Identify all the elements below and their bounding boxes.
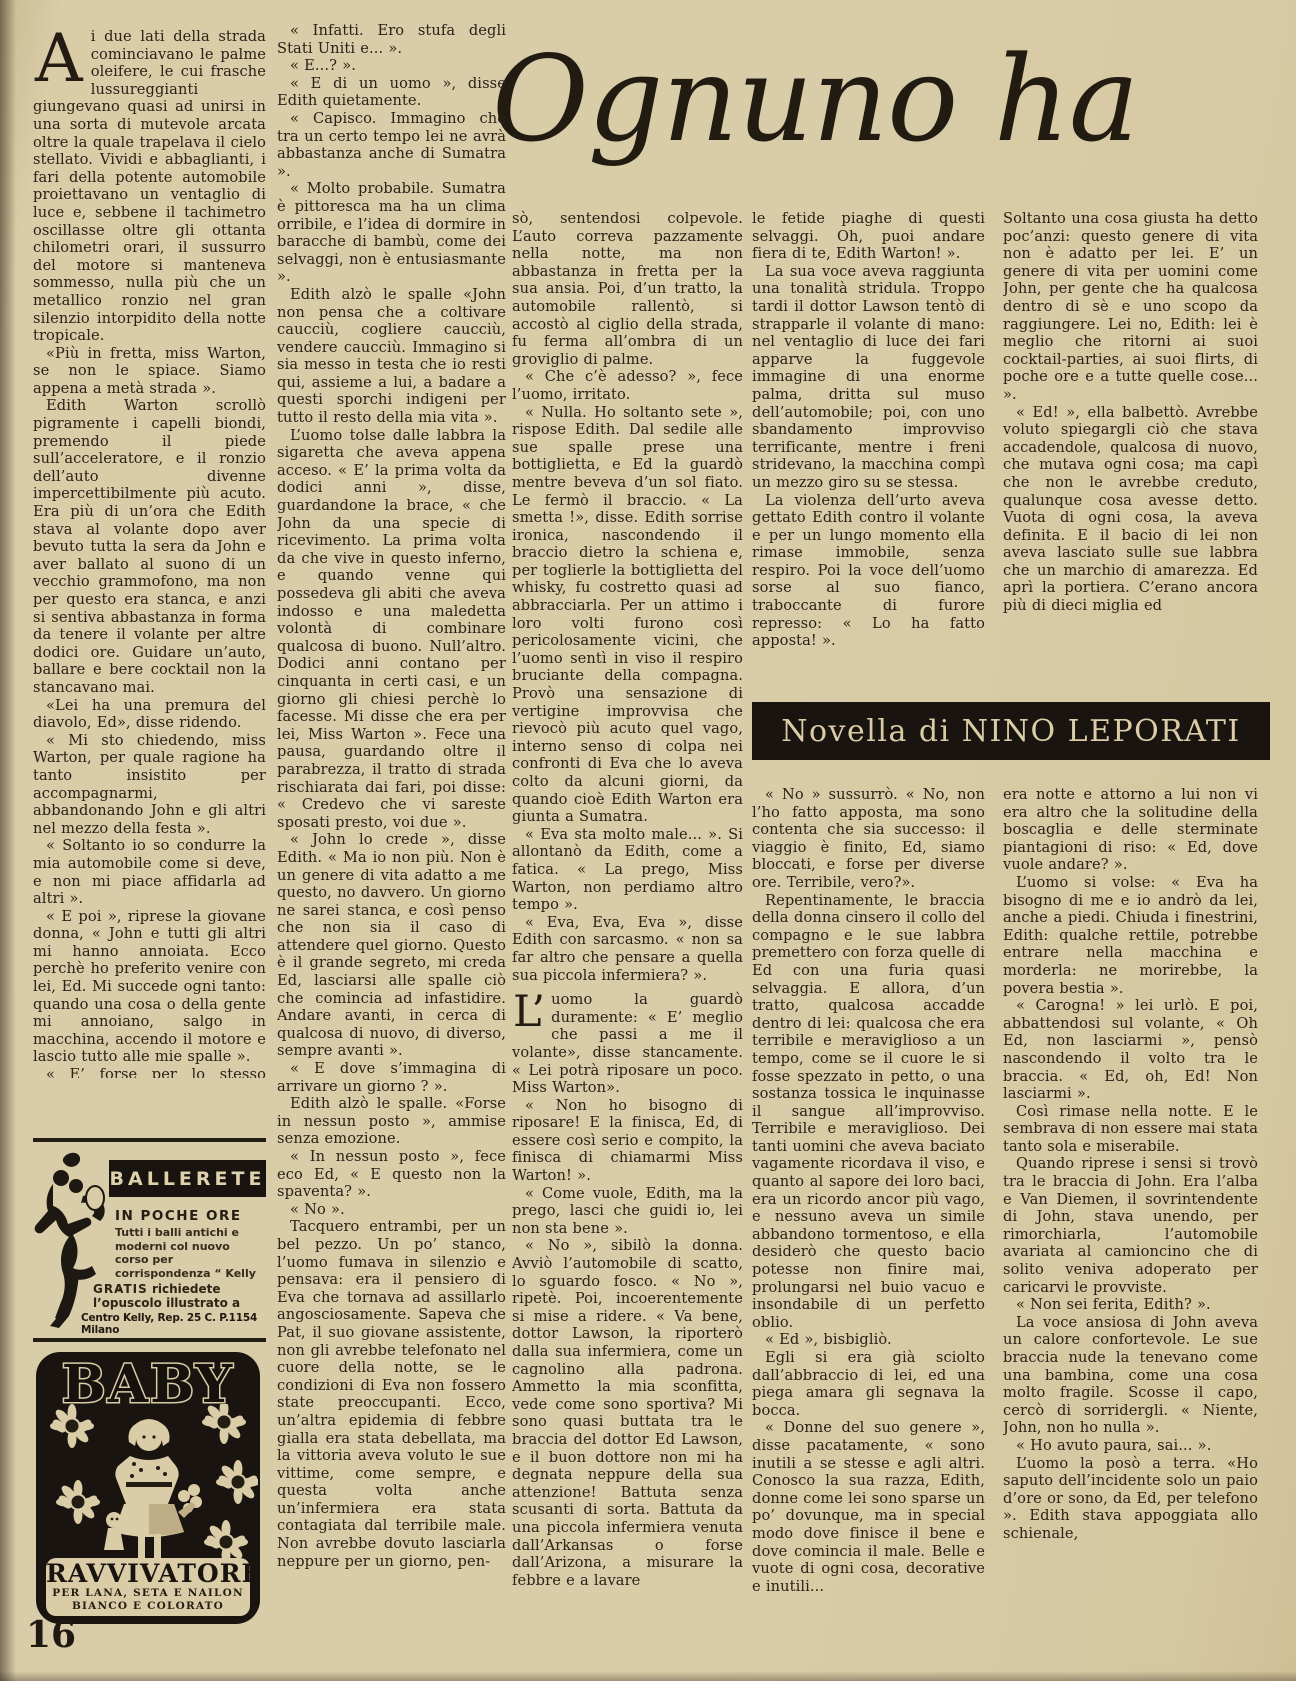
story-paragraph: sò, sentendosi colpevole. L’auto correva… <box>512 210 743 368</box>
story-paragraph: La sua voce aveva raggiunta una tonalità… <box>752 263 985 492</box>
gratis-word: GRATIS <box>93 1282 148 1296</box>
page-number: 16 <box>26 1614 76 1656</box>
story-paragraph: Edith alzò le spalle. «Forse in nessun p… <box>277 1095 506 1148</box>
divider-rule-top <box>33 1138 266 1142</box>
story-paragraph: L’uomo si volse: « Eva ha bisogno di me … <box>1003 874 1258 997</box>
daisy-flower <box>50 1404 94 1448</box>
baby-ad: BABY <box>36 1352 260 1624</box>
flower-bouquet <box>178 1484 202 1518</box>
story-column-5-lower: era notte e attorno a lui non vi era alt… <box>1003 786 1258 1672</box>
divider-rule-middle <box>33 1338 266 1342</box>
girl-with-doll-illustration <box>38 1404 258 1566</box>
story-paragraph: « Non sei ferita, Edith? ». <box>1003 1296 1258 1314</box>
story-paragraph: « No » sussurrò. « No, non l’ho fatto ap… <box>752 786 985 892</box>
story-paragraph: Edith Warton scrollò pigramente i capell… <box>33 397 266 696</box>
story-paragraph: Ai due lati della strada cominciavano le… <box>33 28 266 345</box>
story-paragraph: « E di un uomo », disse Edith quietament… <box>277 75 506 110</box>
story-paragraph: L’uomo la guardò duramente: « E’ meglio … <box>512 991 743 1097</box>
daisy-flower <box>202 1404 246 1444</box>
story-paragraph: « Molto probabile. Sumatra è pittoresca … <box>277 180 506 286</box>
ballerete-headline: IN POCHE ORE <box>115 1208 266 1224</box>
story-paragraph: « Capisco. Immagino che tra un certo tem… <box>277 110 506 180</box>
story-paragraph: La violenza dell’urto aveva gettato Edit… <box>752 492 985 650</box>
story-column-2: « Infatti. Ero stufa degli Stati Uniti e… <box>277 22 506 1614</box>
story-paragraph: era notte e attorno a lui non vi era alt… <box>1003 786 1258 874</box>
story-column-3: sò, sentendosi colpevole. L’auto correva… <box>512 210 743 1660</box>
story-byline-banner: Novella di NINO LEPORATI <box>752 702 1270 760</box>
story-paragraph: « Mi sto chiedendo, miss Warton, per qua… <box>33 732 266 838</box>
baby-product-line1: PER LANA, SETA E NAILON <box>46 1587 250 1600</box>
magazine-page: Ognuno ha Ai due lati della strada comin… <box>0 0 1296 1681</box>
story-column-1: Ai due lati della strada cominciavano le… <box>33 28 266 1078</box>
story-column-4-upper: le fetide piaghe di questi selvaggi. Oh,… <box>752 210 985 698</box>
story-paragraph: « Soltanto io so condurre la mia automob… <box>33 837 266 907</box>
story-paragraph: «Lei ha una premura del diavolo, Ed», di… <box>33 697 266 732</box>
story-paragraph: le fetide piaghe di questi selvaggi. Oh,… <box>752 210 985 263</box>
story-paragraph: Quando riprese i sensi si trovò tra le b… <box>1003 1155 1258 1296</box>
story-paragraph: Egli si era già sciolto dall’abbraccio d… <box>752 1349 985 1419</box>
story-paragraph: Edith alzò le spalle «John non pensa che… <box>277 286 506 427</box>
story-paragraph: Soltanto una cosa giusta ha detto poc’an… <box>1003 210 1258 404</box>
story-paragraph: « Infatti. Ero stufa degli Stati Uniti e… <box>277 22 506 57</box>
story-column-5-upper: Soltanto una cosa giusta ha detto poc’an… <box>1003 210 1258 698</box>
story-paragraph: « E...? ». <box>277 57 506 75</box>
story-paragraph: L’uomo tolse dalle labbra la sigaretta c… <box>277 427 506 832</box>
story-paragraph: « No ». <box>277 1201 506 1219</box>
story-paragraph: « E poi », riprese la giovane donna, « J… <box>33 908 266 1066</box>
story-paragraph: « E dove s’immagina di arrivare un giorn… <box>277 1060 506 1095</box>
baby-product-name: RAVVIVATORE <box>46 1560 250 1587</box>
story-paragraph: « In nessun posto », fece eco Ed, « E qu… <box>277 1148 506 1201</box>
girl-figure <box>104 1419 202 1564</box>
ballerete-title-text: BALLERETE <box>110 1168 266 1190</box>
story-paragraph: « Eva, Eva, Eva », disse Edith con sarca… <box>512 914 743 984</box>
story-paragraph: « Eva sta molto male... ». Si allontanò … <box>512 826 743 914</box>
ballerete-gratis-line: GRATIS richiedete l’opuscolo illustrato … <box>93 1282 266 1310</box>
story-paragraph: L’uomo la posò a terra. «Ho saputo dell’… <box>1003 1455 1258 1543</box>
byline-text: Novella di NINO LEPORATI <box>781 714 1241 749</box>
story-paragraph: « Come vuole, Edith, ma la prego, lasci … <box>512 1185 743 1238</box>
story-paragraph: « No », sibilò la donna. Avviò l’automob… <box>512 1237 743 1589</box>
story-paragraph: « Non ho bisogno di riposare! E la finis… <box>512 1097 743 1185</box>
initial-capital: A <box>33 28 91 84</box>
daisy-flower <box>56 1480 100 1524</box>
story-paragraph: « John lo crede », disse Edith. « Ma io … <box>277 831 506 1060</box>
story-paragraph: « Nulla. Ho soltanto sete », rispose Edi… <box>512 404 743 826</box>
story-paragraph: « Ed! », ella balbettò. Avrebbe voluto s… <box>1003 404 1258 615</box>
story-paragraph: « E’ forse per lo stesso motivo che è ve… <box>33 1066 266 1078</box>
ballerete-address: Centro Kelly, Rep. 25 C. P.1154 Milano <box>81 1312 266 1336</box>
daisy-flower <box>216 1460 258 1504</box>
story-column-4-lower: « No » sussurrò. « No, non l’ho fatto ap… <box>752 786 985 1604</box>
story-paragraph: «Più in fretta, miss Warton, se non le s… <box>33 345 266 398</box>
story-paragraph: Tacquero entrambi, per un bel pezzo. Un … <box>277 1218 506 1570</box>
ballerete-ad: BALLERETE IN POCHE ORE Tutti i balli ant… <box>33 1150 266 1330</box>
story-paragraph: La voce ansiosa di John aveva un calore … <box>1003 1314 1258 1437</box>
ballerete-ad-title: BALLERETE <box>109 1160 266 1197</box>
story-paragraph: Repentinamente, le braccia della donna c… <box>752 892 985 1332</box>
story-paragraph: « Che c’è adesso? », fece l’uomo, irrita… <box>512 368 743 403</box>
baby-product-box: RAVVIVATORE PER LANA, SETA E NAILON BIAN… <box>46 1558 250 1616</box>
story-paragraph: « Carogna! » lei urlò. E poi, abbattendo… <box>1003 997 1258 1103</box>
story-title: Ognuno ha <box>492 6 1288 206</box>
story-paragraph: « Donne del suo genere », disse pacatame… <box>752 1419 985 1595</box>
story-paragraph: Così rimase nella notte. E le sembrava d… <box>1003 1103 1258 1156</box>
initial-capital: L’ <box>512 991 551 1029</box>
story-paragraph: « Ho avuto paura, sai... ». <box>1003 1437 1258 1455</box>
baby-product-line2: BIANCO E COLORATO <box>46 1600 250 1613</box>
story-paragraph: « Ed », bisbigliò. <box>752 1331 985 1349</box>
